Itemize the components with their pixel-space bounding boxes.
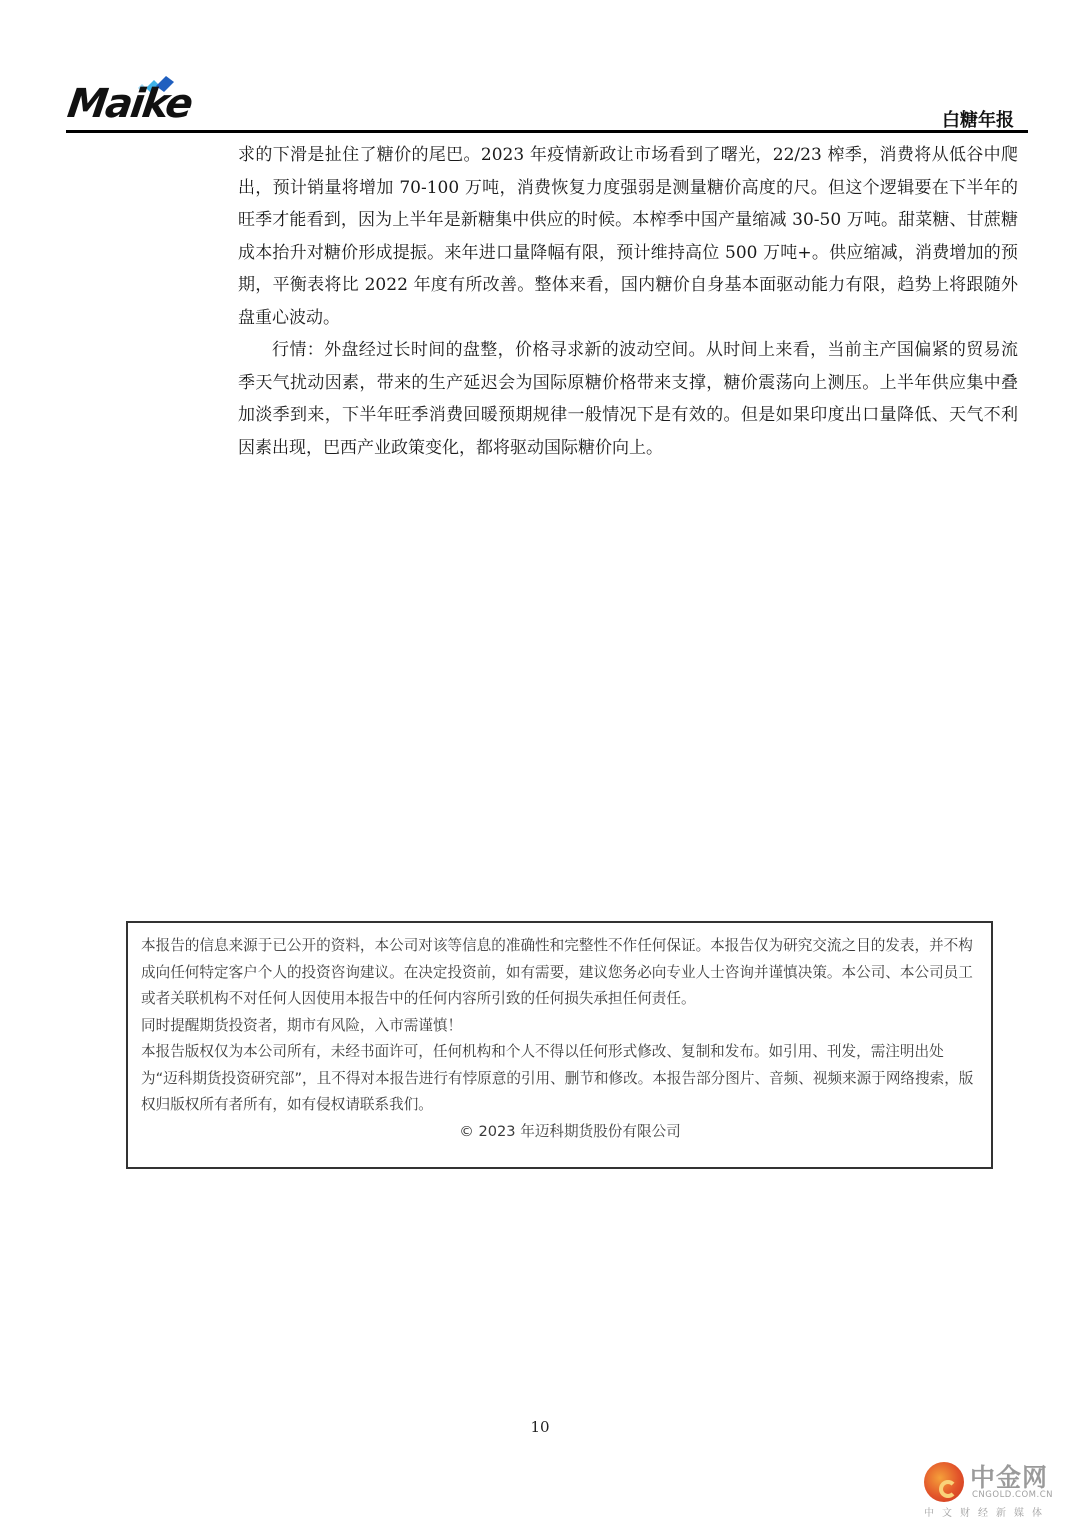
watermark-slogan: 中文财经新媒体	[924, 1504, 1050, 1519]
page-number: 10	[0, 1418, 1080, 1436]
report-title: 白糖年报	[942, 106, 1014, 132]
cngold-watermark: 中金网 CNGOLD.COM.CN 中文财经新媒体	[918, 1452, 1068, 1520]
copyright-notice: 本报告版权仅为本公司所有，未经书面许可，任何机构和个人不得以任何形式修改、复制和…	[141, 1039, 979, 1119]
copyright-line: © 2023 年迈科期货股份有限公司	[141, 1119, 979, 1146]
risk-warning: 同时提醒期货投资者，期市有风险，入市需谨慎！	[141, 1013, 979, 1040]
header-divider	[66, 130, 1028, 133]
body-content: 求的下滑是扯住了糖价的尾巴。2023 年疫情新政让市场看到了曙光，22/23 榨…	[238, 139, 1018, 464]
page-header: Maike 白糖年报	[66, 72, 1026, 134]
logo-text: Maike	[65, 84, 193, 124]
disclaimer-box: 本报告的信息来源于已公开的资料，本公司对该等信息的准确性和完整性不作任何保证。本…	[126, 921, 993, 1169]
paragraph-market-outlook: 行情：外盘经过长时间的盘整，价格寻求新的波动空间。从时间上来看，当前主产国偏紧的…	[238, 334, 1018, 464]
watermark-name: 中金网	[970, 1458, 1048, 1494]
paragraph-supply-demand: 求的下滑是扯住了糖价的尾巴。2023 年疫情新政让市场看到了曙光，22/23 榨…	[238, 139, 1018, 334]
cngold-logo-icon	[924, 1462, 964, 1502]
disclaimer-text: 本报告的信息来源于已公开的资料，本公司对该等信息的准确性和完整性不作任何保证。本…	[141, 933, 979, 1013]
maike-logo: Maike	[66, 72, 211, 130]
watermark-domain: CNGOLD.COM.CN	[972, 1490, 1053, 1500]
